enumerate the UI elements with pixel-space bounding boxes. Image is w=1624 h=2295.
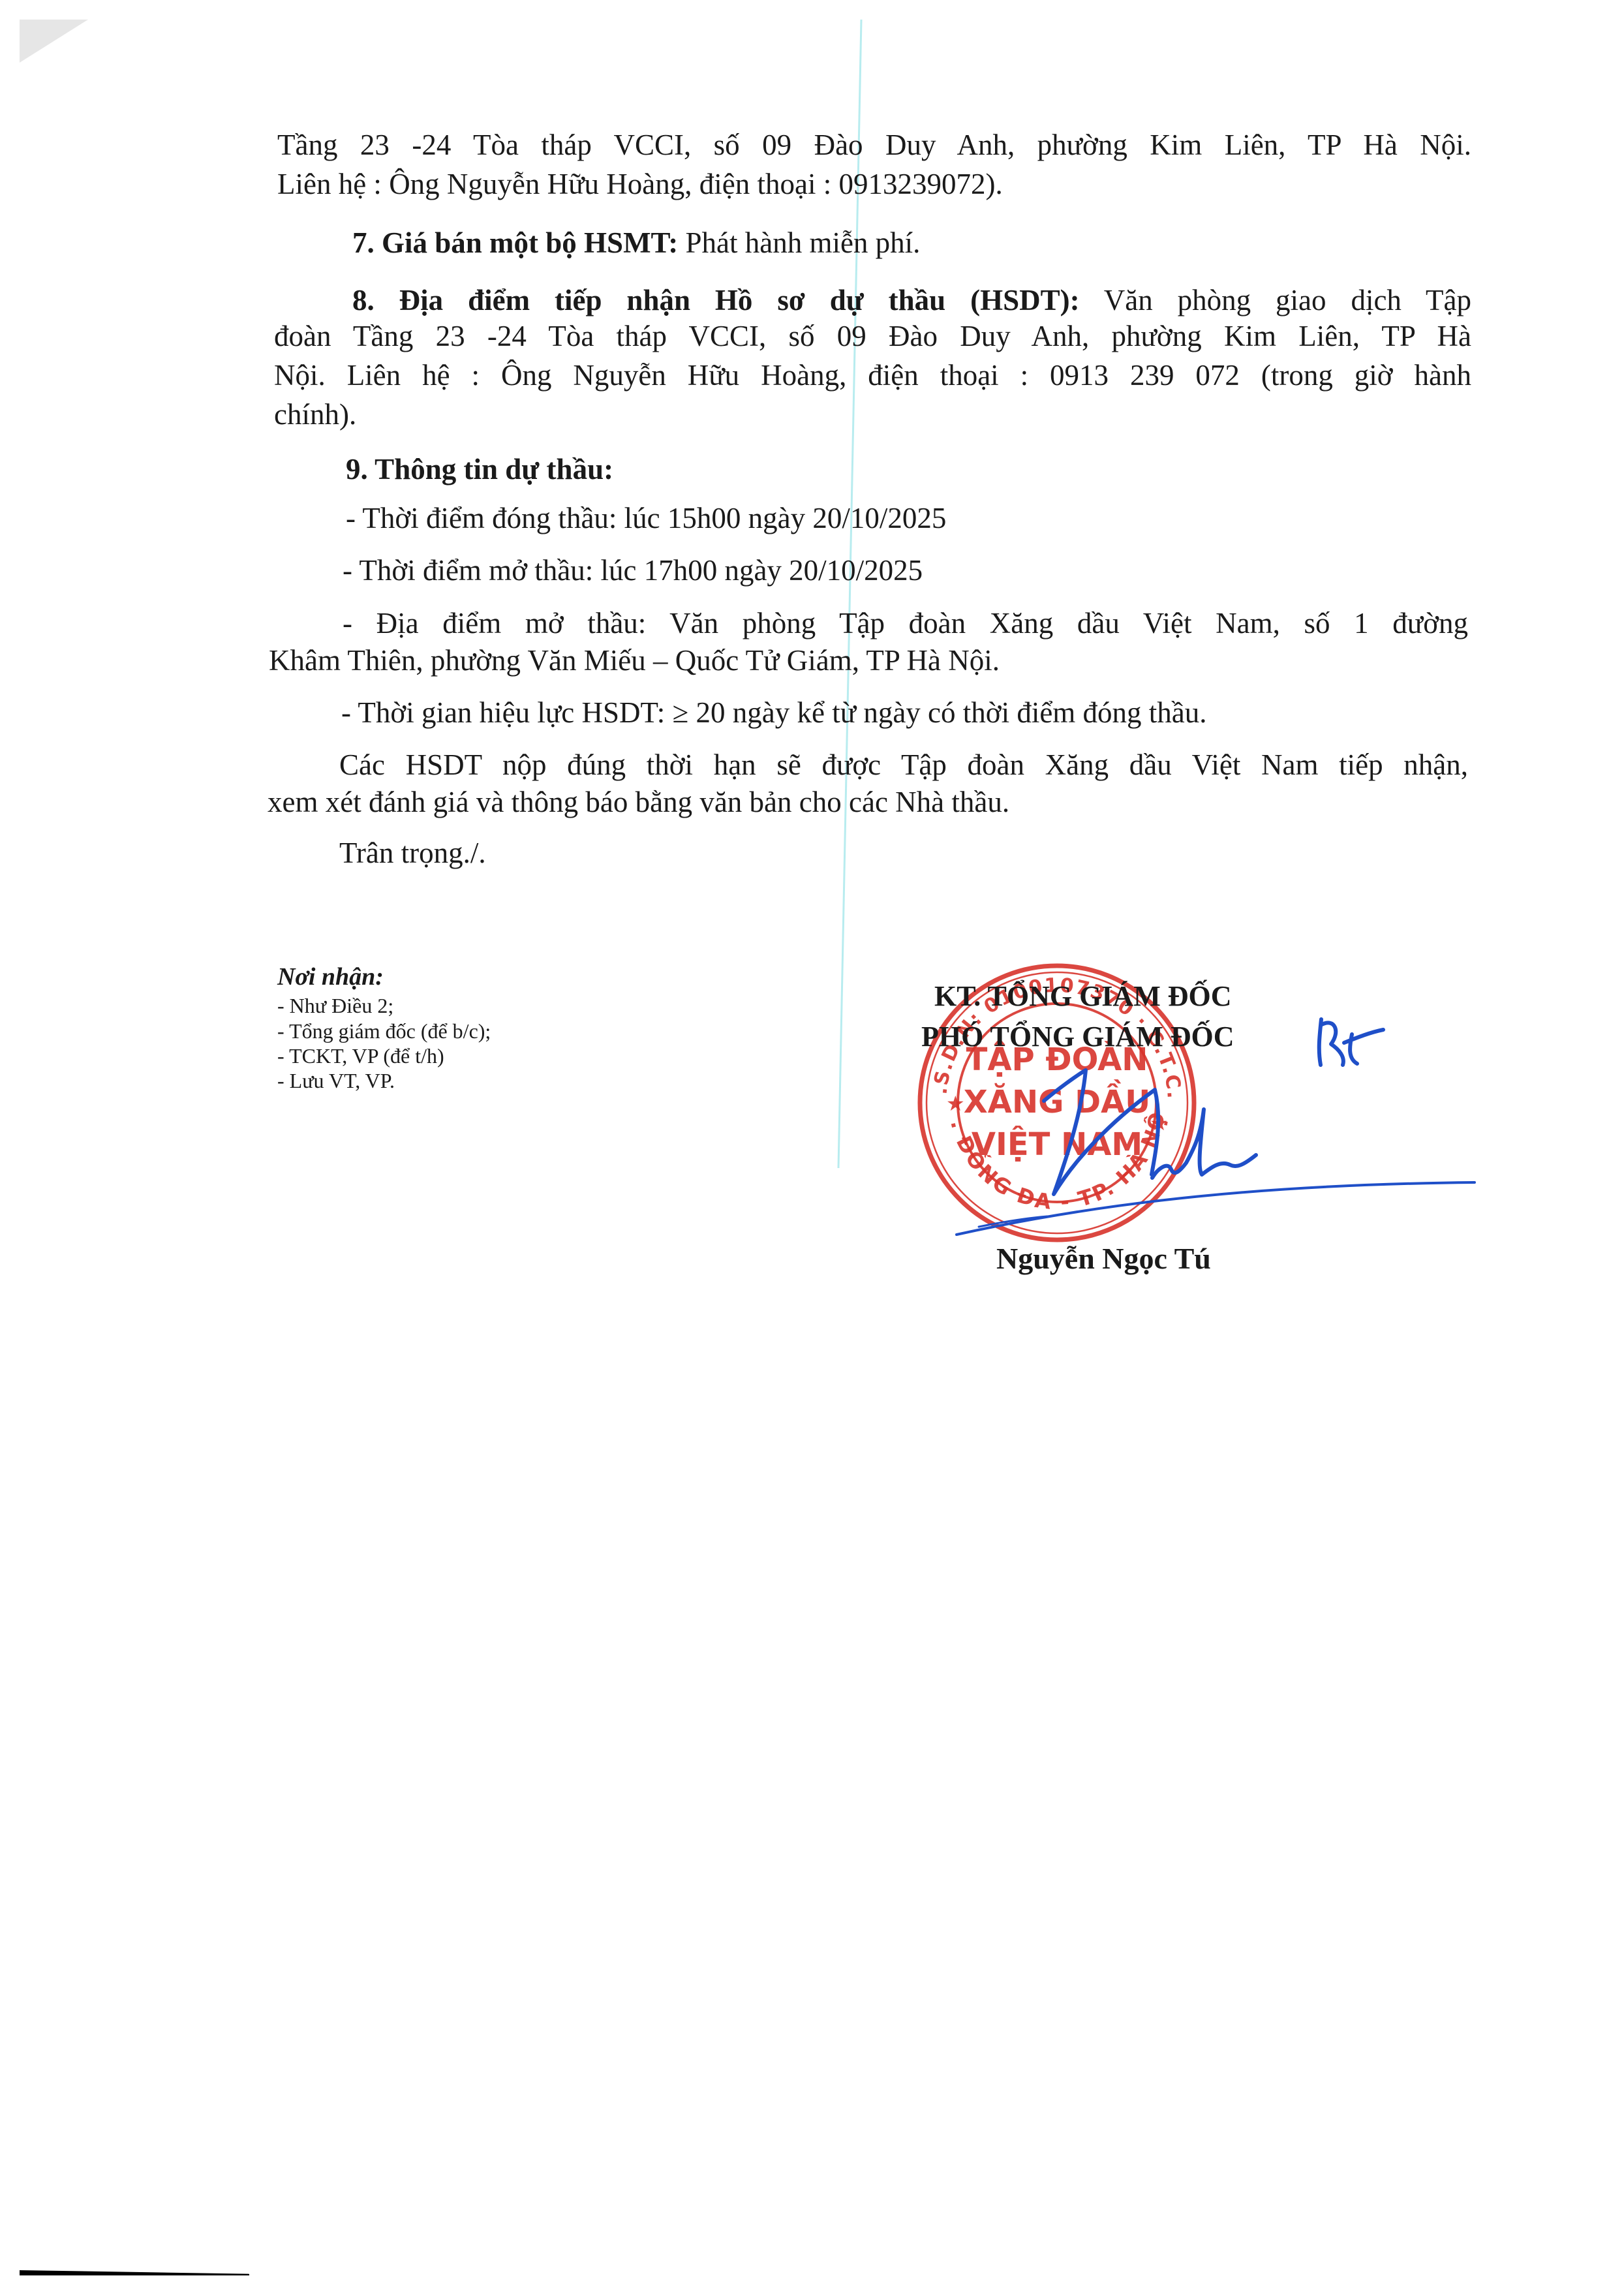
recipient-item: - Như Điều 2;: [277, 995, 393, 1016]
regards: Trân trọng./.: [339, 839, 486, 868]
validity-period: - Thời gian hiệu lực HSDT: ≥ 20 ngày kể …: [341, 698, 1207, 728]
star-icon: ★: [1150, 1111, 1169, 1135]
section-8-line-4: chính).: [274, 400, 356, 429]
closing-line-1: Các HSDT nộp đúng thời hạn sẽ được Tập đ…: [339, 750, 1468, 780]
continuation-line-2: Liên hệ : Ông Nguyễn Hữu Hoàng, điện tho…: [277, 170, 1003, 199]
closing-line-2: xem xét đánh giá và thông báo bằng văn b…: [268, 788, 1009, 817]
opening-location-line-2: Khâm Thiên, phường Văn Miếu – Quốc Tử Gi…: [269, 646, 1000, 675]
stamp-line-3: VIỆT NAM: [972, 1126, 1142, 1163]
section-8-line-3: Nội. Liên hệ : Ông Nguyễn Hữu Hoàng, điệ…: [274, 361, 1471, 390]
section-7-heading: 7. Giá bán một bộ HSMT:: [352, 226, 678, 259]
section-8-heading: 8. Địa điểm tiếp nhận Hồ sơ dự thầu (HSD…: [352, 284, 1080, 316]
section-8-text: Văn phòng giao dịch Tập: [1080, 284, 1471, 316]
section-7: 7. Giá bán một bộ HSMT: Phát hành miễn p…: [352, 228, 920, 258]
opening-time: - Thời điểm mở thầu: lúc 17h00 ngày 20/1…: [343, 556, 923, 585]
signature-title-2: PHÓ TỔNG GIÁM ĐỐC: [921, 1023, 1234, 1051]
section-9-heading: 9. Thông tin dự thầu:: [346, 455, 613, 484]
section-7-text: Phát hành miễn phí.: [678, 226, 920, 259]
star-icon: ★: [946, 1091, 965, 1116]
recipient-item: - Tổng giám đốc (để b/c);: [277, 1021, 491, 1041]
signature-title-1: KT. TỔNG GIÁM ĐỐC: [934, 982, 1232, 1011]
document-page: Tầng 23 -24 Tòa tháp VCCI, số 09 Đào Duy…: [0, 0, 1624, 2295]
section-8-line-2: đoàn Tầng 23 -24 Tòa tháp VCCI, số 09 Đà…: [274, 322, 1471, 351]
recipients-title: Nơi nhận:: [277, 963, 384, 991]
recipient-item: - Lưu VT, VP.: [277, 1070, 395, 1091]
section-8-first-line: 8. Địa điểm tiếp nhận Hồ sơ dự thầu (HSD…: [352, 286, 1471, 315]
opening-location-line-1: - Địa điểm mở thầu: Văn phòng Tập đoàn X…: [343, 609, 1468, 638]
continuation-line-1: Tầng 23 -24 Tòa tháp VCCI, số 09 Đào Duy…: [277, 131, 1471, 160]
recipient-item: - TCKT, VP (để t/h): [277, 1045, 444, 1066]
stamp-line-2: XĂNG DẦU: [964, 1079, 1150, 1120]
closing-time: - Thời điểm đóng thầu: lúc 15h00 ngày 20…: [346, 504, 946, 533]
signer-name: Nguyễn Ngọc Tú: [996, 1241, 1211, 1276]
